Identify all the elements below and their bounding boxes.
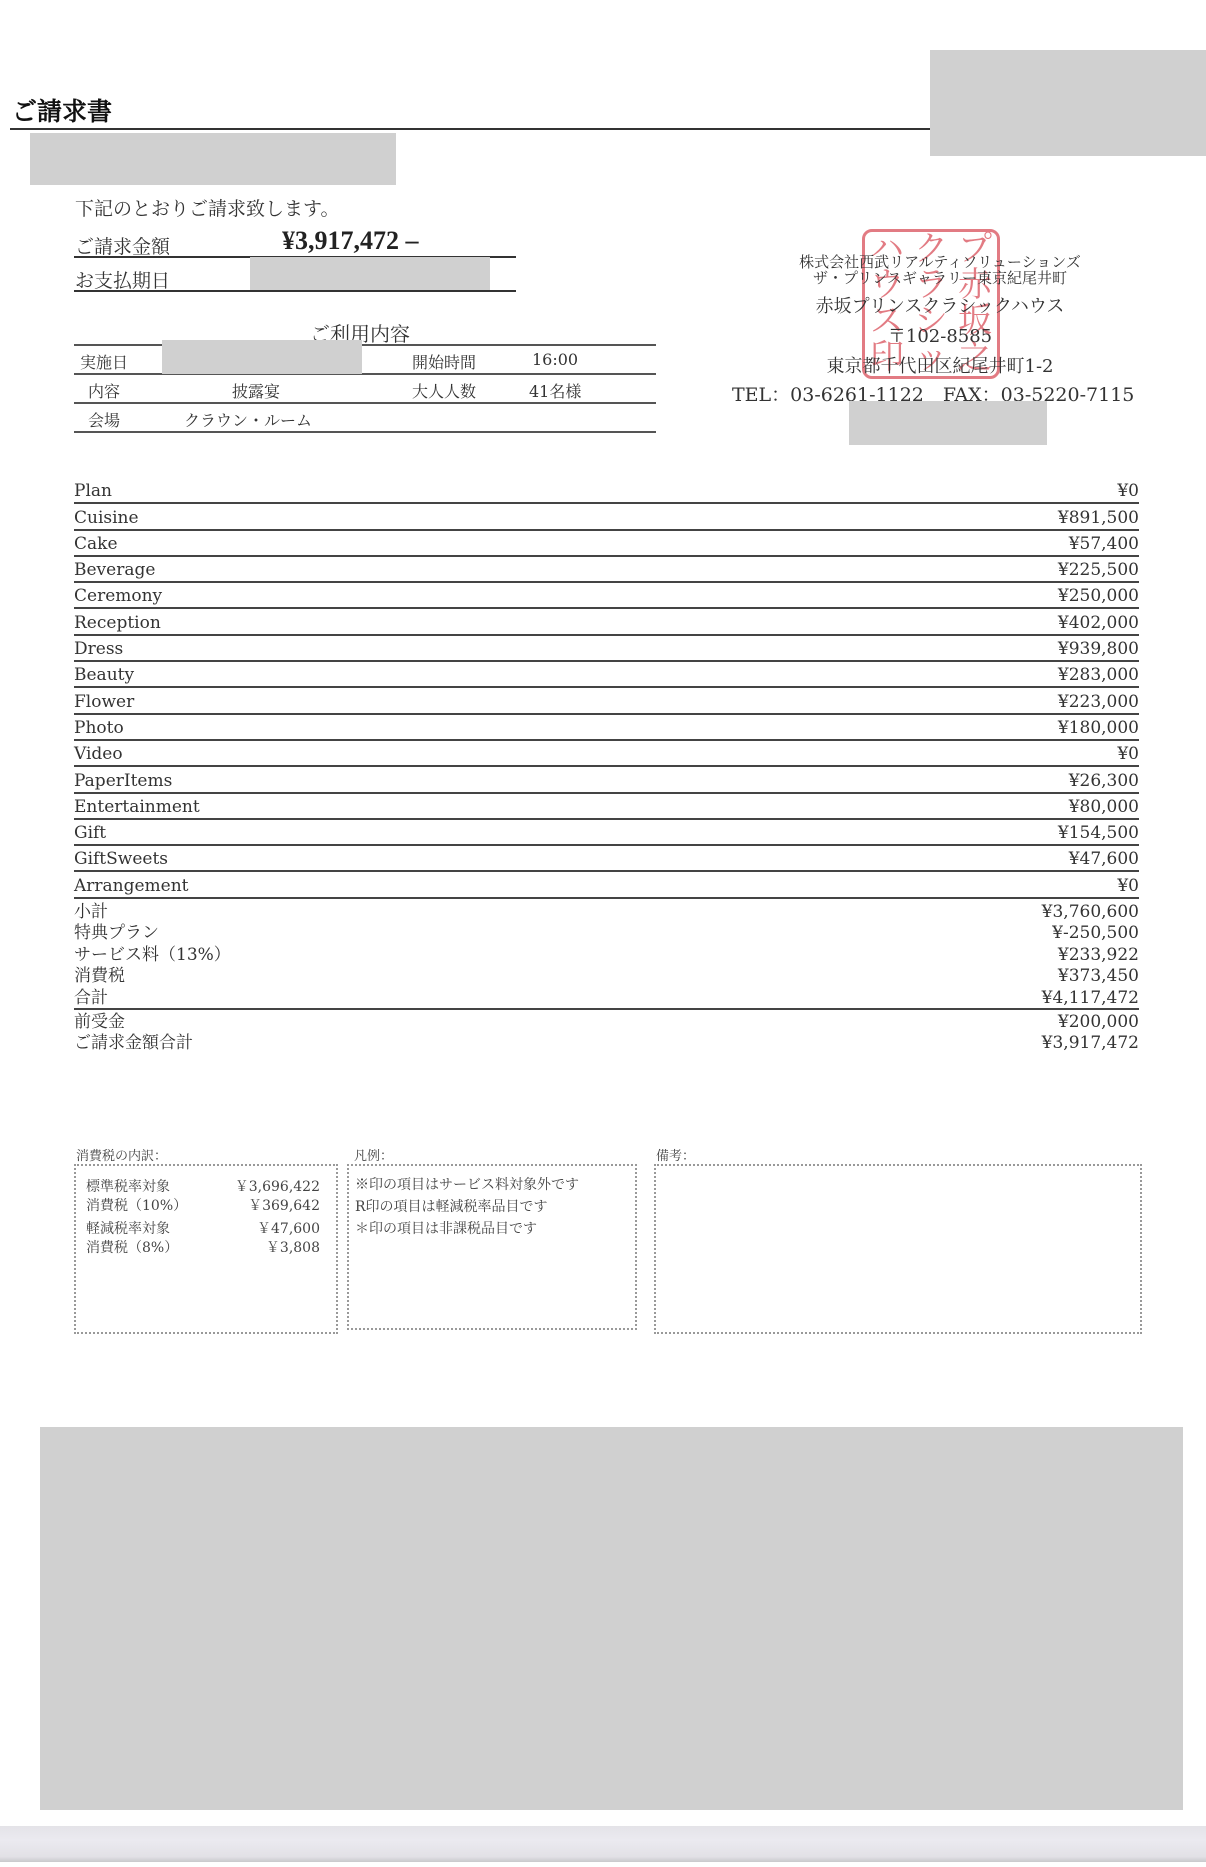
- amount-label: ご請求金額: [75, 232, 170, 259]
- line-item-label: Entertainment: [74, 797, 200, 817]
- intro-text: 下記のとおりご請求致します。: [75, 194, 339, 221]
- line-item-label: Cake: [74, 534, 118, 554]
- line-item-label: Flower: [74, 692, 134, 712]
- usage-row: 内容 披露宴 大人人数 41名様: [74, 373, 656, 402]
- line-item-amount: ¥154,500: [1058, 823, 1139, 843]
- due-date-label: お支払期日: [75, 266, 170, 293]
- line-item-label: Gift: [74, 823, 106, 843]
- line-item-label: Beauty: [74, 665, 134, 685]
- summary-row: サービス料（13%） ¥233,922: [74, 943, 1139, 965]
- tax-amount: ￥3,808: [266, 1237, 320, 1257]
- tax-label: 消費税（8%）: [86, 1237, 178, 1257]
- line-item-row: GiftSweets ¥47,600: [74, 846, 1139, 872]
- line-item-amount: ¥402,000: [1058, 613, 1139, 633]
- usage-label2: 開始時間: [412, 350, 476, 373]
- due-date-underline: [74, 290, 516, 292]
- tax-breakdown-box: 標準税率対象￥3,696,422消費税（10%）￥369,642軽減税率対象￥4…: [74, 1164, 338, 1334]
- line-item-amount: ¥939,800: [1058, 639, 1139, 659]
- summary-row: 合計 ¥4,117,472: [74, 986, 1139, 1010]
- usage-value: クラウン・ルーム: [184, 408, 312, 431]
- line-item-row: Arrangement ¥0: [74, 872, 1139, 898]
- line-item-row: Entertainment ¥80,000: [74, 794, 1139, 820]
- line-item-row: Video ¥0: [74, 741, 1139, 767]
- line-item-amount: ¥57,400: [1069, 534, 1139, 554]
- line-item-row: Dress ¥939,800: [74, 636, 1139, 662]
- summary-table: 小計 ¥3,760,600特典プラン ¥-250,500サービス料（13%） ¥…: [74, 900, 1139, 1053]
- redacted-event-date: [162, 340, 362, 374]
- line-item-label: Cuisine: [74, 508, 139, 528]
- summary-amount: ¥4,117,472: [1042, 988, 1139, 1008]
- usage-label: 内容: [88, 379, 120, 402]
- usage-value2: 16:00: [532, 350, 578, 369]
- usage-label: 会場: [88, 408, 120, 431]
- redacted-block-top-right: [930, 50, 1206, 156]
- usage-row: 会場 クラウン・ルーム: [74, 402, 656, 433]
- summary-amount: ¥3,917,472: [1042, 1033, 1139, 1053]
- line-item-row: Reception ¥402,000: [74, 609, 1139, 635]
- usage-label2: 大人人数: [412, 379, 476, 402]
- summary-label: ご請求金額合計: [74, 1028, 193, 1053]
- summary-label: 合計: [74, 983, 108, 1008]
- line-item-row: PaperItems ¥26,300: [74, 767, 1139, 793]
- line-item-row: Cuisine ¥891,500: [74, 504, 1139, 530]
- line-item-amount: ¥250,000: [1058, 586, 1139, 606]
- title-divider: [10, 128, 932, 130]
- remarks-title: 備考：: [656, 1145, 695, 1164]
- line-item-amount: ¥223,000: [1058, 692, 1139, 712]
- line-item-amount: ¥0: [1117, 876, 1139, 896]
- line-item-row: Plan ¥0: [74, 478, 1139, 504]
- line-item-amount: ¥283,000: [1058, 665, 1139, 685]
- tax-amount: ￥47,600: [257, 1218, 320, 1238]
- line-item-amount: ¥47,600: [1069, 849, 1139, 869]
- company-postal: 〒102-8585: [700, 322, 1180, 348]
- line-item-row: Photo ¥180,000: [74, 715, 1139, 741]
- tax-amount: ￥369,642: [248, 1195, 320, 1215]
- legend-line: R印の項目は軽減税率品目です: [355, 1196, 629, 1218]
- company-house: 赤坂プリンスクラシックハウス: [700, 292, 1180, 318]
- line-item-row: Cake ¥57,400: [74, 531, 1139, 557]
- line-item-label: Video: [74, 744, 123, 764]
- company-info: 株式会社西武リアルティソリューションズ ザ・プリンスギャラリー東京紀尾井町 赤坂…: [700, 254, 1180, 407]
- summary-amount: ¥373,450: [1058, 966, 1139, 986]
- summary-row: 小計 ¥3,760,600: [74, 900, 1139, 922]
- line-item-amount: ¥0: [1117, 481, 1139, 501]
- usage-value: 披露宴: [232, 379, 280, 402]
- tax-amount: ￥3,696,422: [235, 1176, 320, 1196]
- line-item-amount: ¥180,000: [1058, 718, 1139, 738]
- summary-row: 消費税 ¥373,450: [74, 965, 1139, 987]
- company-venue: ザ・プリンスギャラリー東京紀尾井町: [700, 270, 1180, 286]
- line-item-label: Dress: [74, 639, 123, 659]
- legend-line: ＊印の項目は非課税品目です: [355, 1218, 629, 1240]
- company-address: 東京都千代田区紀尾井町1-2: [700, 352, 1180, 378]
- summary-amount: ¥-250,500: [1052, 923, 1139, 943]
- amount-value: ¥3,917,472 –: [282, 226, 419, 256]
- line-item-row: Flower ¥223,000: [74, 688, 1139, 714]
- line-item-amount: ¥891,500: [1058, 508, 1139, 528]
- summary-amount: ¥3,760,600: [1042, 902, 1139, 922]
- line-item-label: Beverage: [74, 560, 155, 580]
- summary-row: 前受金 ¥200,000: [74, 1010, 1139, 1032]
- usage-value2: 41名様: [529, 379, 581, 402]
- line-item-amount: ¥80,000: [1069, 797, 1139, 817]
- tax-breakdown-title: 消費税の内訳：: [76, 1145, 167, 1164]
- line-item-amount: ¥26,300: [1069, 771, 1139, 791]
- summary-amount: ¥233,922: [1058, 945, 1139, 965]
- document-title: ご請求書: [12, 92, 112, 128]
- line-item-label: Photo: [74, 718, 124, 738]
- redacted-bottom-section: [40, 1427, 1183, 1810]
- line-item-row: Ceremony ¥250,000: [74, 583, 1139, 609]
- redacted-recipient: [30, 133, 396, 185]
- redacted-company-extra: [849, 401, 1047, 445]
- line-item-label: Plan: [74, 481, 112, 501]
- line-item-amount: ¥225,500: [1058, 560, 1139, 580]
- line-item-label: Ceremony: [74, 586, 162, 606]
- tax-label: 軽減税率対象: [86, 1218, 170, 1238]
- summary-amount: ¥200,000: [1058, 1012, 1139, 1032]
- line-item-row: Gift ¥154,500: [74, 820, 1139, 846]
- line-item-row: Beverage ¥225,500: [74, 557, 1139, 583]
- legend-title: 凡例：: [354, 1145, 393, 1164]
- bottom-toolbar: [0, 1826, 1206, 1862]
- summary-row: ご請求金額合計 ¥3,917,472: [74, 1032, 1139, 1054]
- redacted-due-date: [250, 257, 490, 292]
- company-name: 株式会社西武リアルティソリューションズ: [700, 254, 1180, 270]
- tax-label: 標準税率対象: [86, 1176, 170, 1196]
- legend-box: ※印の項目はサービス料対象外です R印の項目は軽減税率品目です ＊印の項目は非課…: [347, 1164, 637, 1330]
- tax-label: 消費税（10%）: [86, 1195, 187, 1215]
- line-item-label: GiftSweets: [74, 849, 168, 869]
- usage-label: 実施日: [80, 350, 128, 373]
- line-item-amount: ¥0: [1117, 744, 1139, 764]
- line-item-row: Beauty ¥283,000: [74, 662, 1139, 688]
- line-item-label: PaperItems: [74, 771, 172, 791]
- line-items-table: Plan ¥0Cuisine ¥891,500Cake ¥57,400Bever…: [74, 478, 1139, 899]
- summary-row: 特典プラン ¥-250,500: [74, 922, 1139, 944]
- legend-line: ※印の項目はサービス料対象外です: [355, 1174, 629, 1196]
- line-item-label: Reception: [74, 613, 161, 633]
- line-item-label: Arrangement: [74, 876, 189, 896]
- remarks-box: [654, 1164, 1142, 1334]
